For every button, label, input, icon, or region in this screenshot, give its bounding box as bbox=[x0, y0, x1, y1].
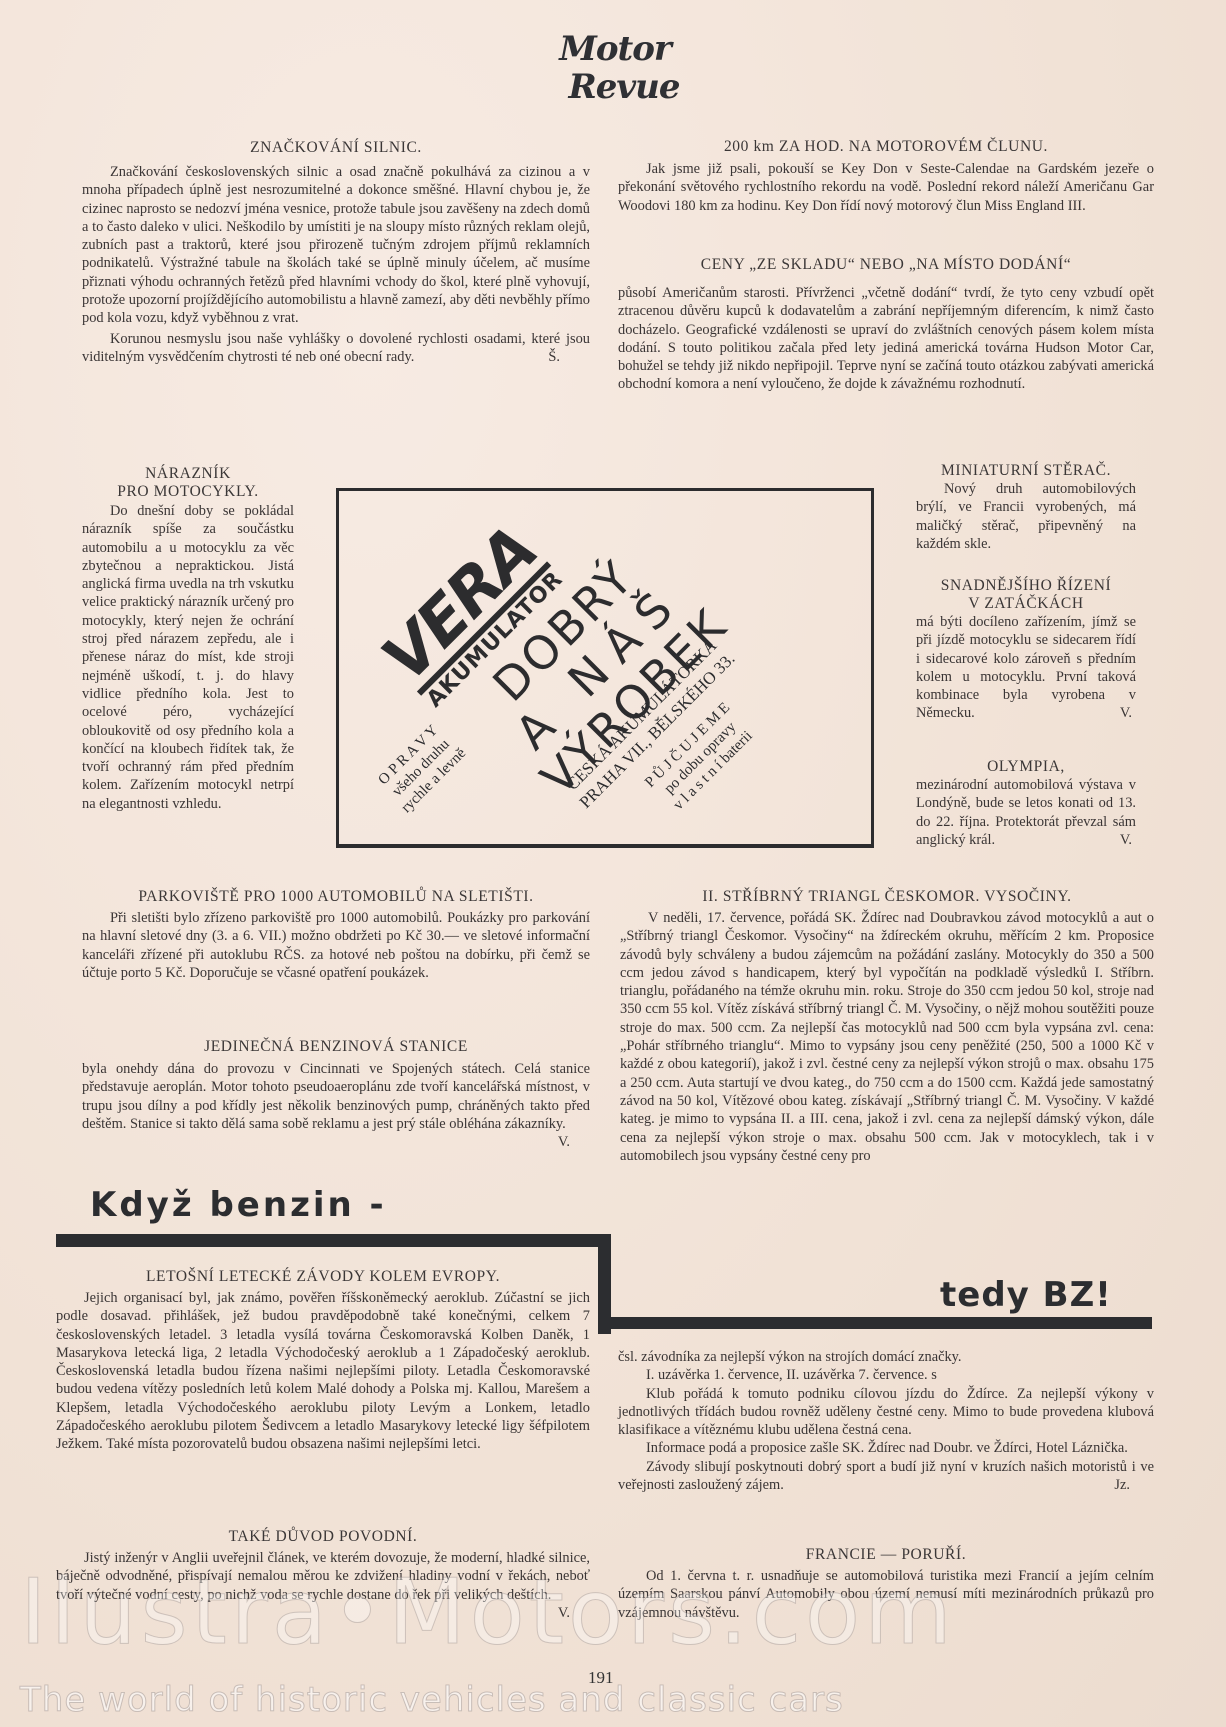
masthead-line2: Revue bbox=[558, 68, 690, 106]
signature: V. bbox=[1120, 704, 1132, 722]
article-paragraph: Závody slibují poskytnouti dobrý sport a… bbox=[618, 1458, 1154, 1495]
masthead-line1: Motor bbox=[540, 30, 690, 68]
article-paragraph: má býti docíleno zařízením, jímž se při … bbox=[916, 613, 1136, 723]
article-title: SNADNĚJŠÍHO ŘÍZENÍV ZATÁČKÁCH bbox=[916, 577, 1136, 613]
article-paragraph: Jak jsme již psali, pokouší se Key Don v… bbox=[618, 160, 1154, 215]
signature: V. bbox=[558, 1133, 570, 1151]
article-paragraph: Klub pořádá k tomuto podniku cílovou jíz… bbox=[618, 1385, 1154, 1440]
title-line: V ZATÁČKÁCH bbox=[968, 595, 1083, 612]
article-paragraph: Informace podá a proposice zašle SK. Ždí… bbox=[618, 1439, 1154, 1457]
article-naraznik: NÁRAZNÍKPRO MOTOCYKLY. Do dnešní doby se… bbox=[82, 465, 294, 813]
signature: Jz. bbox=[1086, 1476, 1130, 1494]
article-title: CENY „ZE SKLADU“ NEBO „NA MÍSTO DODÁNÍ“ bbox=[618, 256, 1154, 274]
article-letecke: LETOŠNÍ LETECKÉ ZÁVODY KOLEM EVROPY. Jej… bbox=[56, 1268, 590, 1454]
article-olympia: OLYMPIA, mezinárodní automobilová výstav… bbox=[916, 758, 1136, 849]
title-line: SNADNĚJŠÍHO ŘÍZENÍ bbox=[941, 577, 1112, 594]
article-paragraph: čsl. závodníka za nejlepší výkon na stro… bbox=[618, 1348, 1154, 1366]
banner-bar-bottom bbox=[610, 1317, 1152, 1329]
article-title: OLYMPIA, bbox=[916, 758, 1136, 776]
advertisement-vera: VERA AKUMULATOR DOBRÝ A NÁŠ VÝROBEK O P … bbox=[336, 488, 874, 848]
article-paragraph: I. uzávěrka 1. července, II. uzávěrka 7.… bbox=[618, 1366, 1154, 1384]
article-title: LETOŠNÍ LETECKÉ ZÁVODY KOLEM EVROPY. bbox=[56, 1268, 590, 1286]
article-title: 200 km ZA HOD. NA MOTOROVÉM ČLUNU. bbox=[618, 138, 1154, 156]
paragraph-text: mezinárodní automobilová výstava v Londý… bbox=[916, 777, 1136, 848]
article-title: II. STŘÍBRNÝ TRIANGL ČESKOMOR. VYSOČINY. bbox=[620, 888, 1154, 906]
article-paragraph: mezinárodní automobilová výstava v Londý… bbox=[916, 776, 1136, 849]
watermark-tagline: The world of historic vehicles and class… bbox=[20, 1680, 844, 1720]
article-ceny: CENY „ZE SKLADU“ NEBO „NA MÍSTO DODÁNÍ“ … bbox=[618, 256, 1154, 394]
paragraph-text: byla onehdy dána do provozu v Cincinnati… bbox=[82, 1061, 590, 1132]
article-paragraph: Jejich organisací byl, jak známo, pověře… bbox=[56, 1289, 590, 1454]
paragraph-text: Korunou nesmyslu jsou naše vyhlášky o do… bbox=[82, 331, 590, 365]
paragraph-text: Závody slibují poskytnouti dobrý sport a… bbox=[618, 1459, 1154, 1493]
article-paragraph: V neděli, 17. července, pořádá SK. Ždíre… bbox=[620, 909, 1154, 1165]
title-line: NÁRAZNÍK bbox=[145, 465, 231, 482]
article-title: NÁRAZNÍKPRO MOTOCYKLY. bbox=[82, 465, 294, 501]
article-paragraph: Do dnešní doby se pokládal nárazník spíš… bbox=[82, 502, 294, 813]
ad-repairs: O P R A V Y všeho druhu rychle a levně bbox=[372, 719, 470, 817]
title-line: PRO MOTOCYKLY. bbox=[117, 483, 259, 500]
article-sterac: MINIATURNÍ STĚRAČ. Nový druh automobilov… bbox=[916, 462, 1136, 553]
banner-left-text: Když benzin - bbox=[90, 1185, 387, 1225]
watermark-site: Ilustra•Motors.com bbox=[20, 1560, 956, 1665]
article-paragraph: působí Američanům starosti. Přívrženci „… bbox=[618, 284, 1154, 394]
article-title: PARKOVIŠTĚ PRO 1000 AUTOMOBILŮ NA SLETIŠ… bbox=[82, 888, 590, 906]
article-title: MINIATURNÍ STĚRAČ. bbox=[916, 462, 1136, 480]
article-parkoviste: PARKOVIŠTĚ PRO 1000 AUTOMOBILŮ NA SLETIŠ… bbox=[82, 888, 590, 982]
article-triangl: II. STŘÍBRNÝ TRIANGL ČESKOMOR. VYSOČINY.… bbox=[620, 888, 1154, 1165]
article-rizeni: SNADNĚJŠÍHO ŘÍZENÍV ZATÁČKÁCH má býti do… bbox=[916, 577, 1136, 723]
article-benzinova: JEDINEČNÁ BENZINOVÁ STANICE byla onehdy … bbox=[82, 1038, 590, 1151]
article-znackovani: ZNAČKOVÁNÍ SILNIC. Značkování českoslove… bbox=[82, 139, 590, 366]
article-paragraph: byla onehdy dána do provozu v Cincinnati… bbox=[82, 1060, 590, 1133]
article-paragraph: Značkování československých silnic a osa… bbox=[82, 163, 590, 328]
banner-bar-top bbox=[56, 1234, 604, 1247]
article-title: ZNAČKOVÁNÍ SILNIC. bbox=[82, 139, 590, 157]
article-clun: 200 km ZA HOD. NA MOTOROVÉM ČLUNU. Jak j… bbox=[618, 138, 1154, 215]
banner-right-text: tedy BZ! bbox=[940, 1275, 1112, 1315]
article-triangl-continuation: čsl. závodníka za nejlepší výkon na stro… bbox=[618, 1348, 1154, 1494]
article-title: JEDINEČNÁ BENZINOVÁ STANICE bbox=[82, 1038, 590, 1056]
article-title: TAKÉ DŮVOD POVODNÍ. bbox=[56, 1528, 590, 1546]
masthead-logo: Motor Revue bbox=[540, 30, 690, 106]
signature: V. bbox=[1120, 831, 1132, 849]
paragraph-text: má býti docíleno zařízením, jímž se při … bbox=[916, 614, 1136, 721]
article-paragraph: Při sletišti bylo zřízeno parkoviště pro… bbox=[82, 909, 590, 982]
article-paragraph: Korunou nesmyslu jsou naše vyhlášky o do… bbox=[82, 330, 590, 367]
article-paragraph: Nový druh automobilových brýlí, ve Franc… bbox=[916, 480, 1136, 553]
signature: Š. bbox=[520, 348, 560, 366]
